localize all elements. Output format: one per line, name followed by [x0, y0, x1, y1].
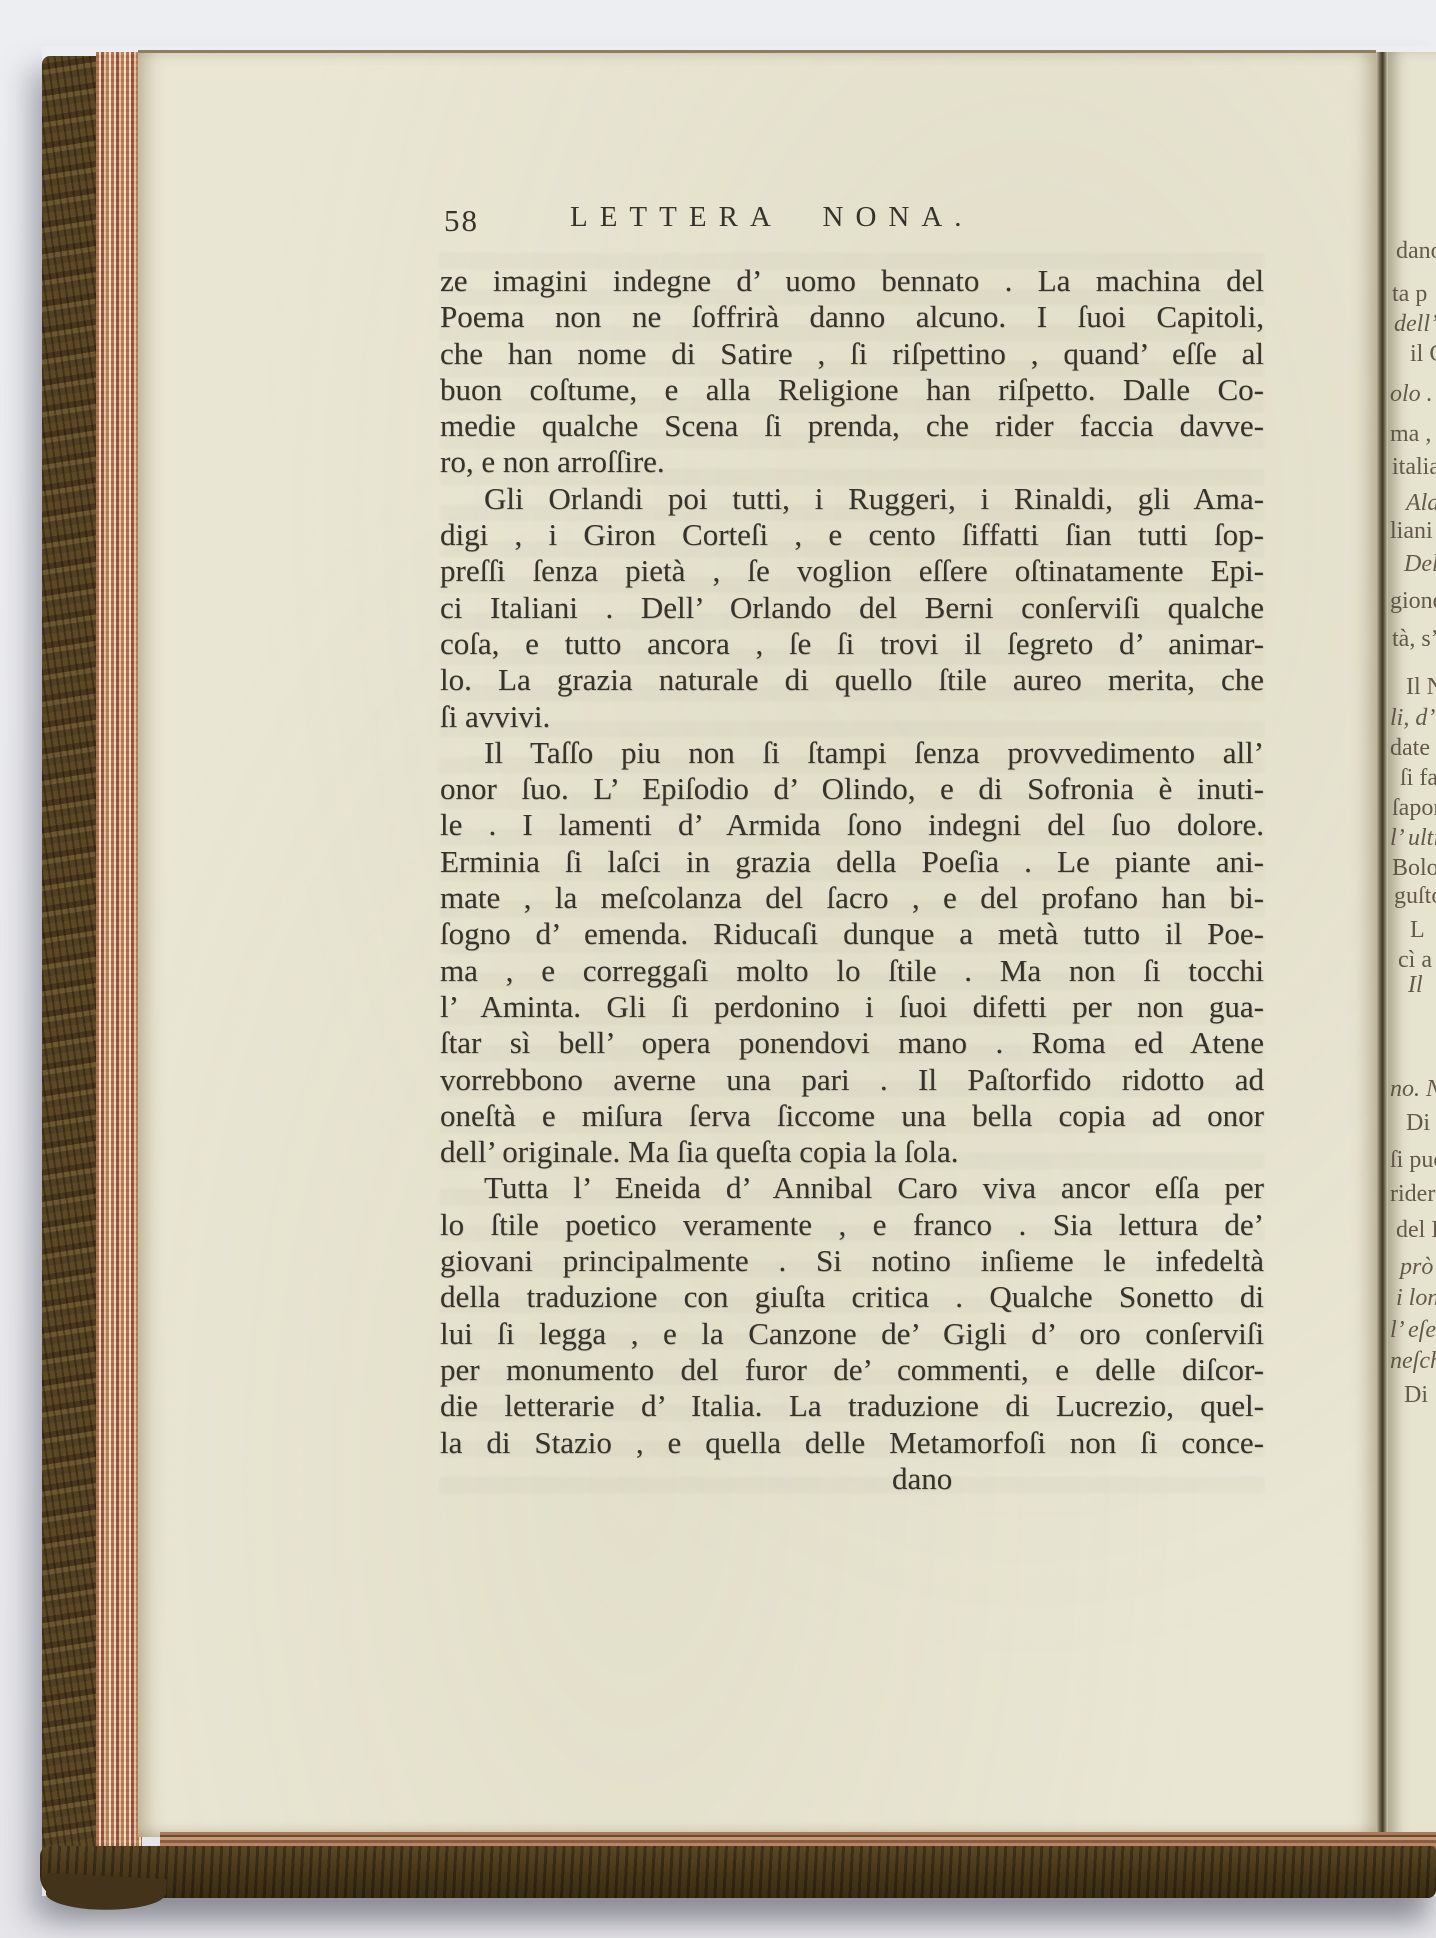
facing-page-fragment: Di — [1404, 1382, 1428, 1409]
text-line: digi , i Giron Corteſi , e cento ſiffatt… — [440, 517, 1264, 553]
facing-page-fragment: dell’ — [1394, 311, 1436, 338]
text-line: ci Italiani . Dell’ Orlando del Berni co… — [440, 590, 1264, 626]
facing-page-fragment: dano — [1396, 238, 1436, 265]
facing-page-fragment: Bolog — [1392, 855, 1436, 882]
facing-page-fragment: i lon — [1396, 1285, 1436, 1312]
facing-page-fragment: ta p — [1392, 281, 1427, 308]
text-line: la di Stazio , e quella delle Metamorfoſ… — [440, 1425, 1264, 1461]
facing-page-fragment: l’ ulti — [1390, 825, 1436, 852]
text-line: ro, e non arroſſire. — [440, 444, 1264, 480]
book: 58 LETTERA NONA. ze imagini indegne d’ u… — [42, 46, 1436, 1896]
facing-page-fragment: guſto — [1394, 883, 1436, 910]
facing-page-fragment: neſchi — [1390, 1348, 1436, 1375]
text-line: l’ Aminta. Gli ſi perdonino i ſuoi difet… — [440, 989, 1264, 1025]
facing-page-fragment: prò d — [1400, 1254, 1436, 1281]
facing-page-fragment: Il — [1408, 972, 1423, 999]
facing-page-fragment: Il N — [1406, 674, 1436, 701]
text-line: dell’ originale. Ma ſia queſta copia la … — [440, 1134, 1264, 1170]
facing-page-fragment: ſi può — [1390, 1147, 1436, 1174]
text-line: per monumento del furor de’ commenti, e … — [440, 1352, 1264, 1388]
facing-page-fragment: italia — [1392, 454, 1436, 481]
text-line: giovani principalmente . Si notino inſie… — [440, 1243, 1264, 1279]
facing-page-fragment: olo . — [1390, 381, 1433, 408]
facing-page-fragment: no. N — [1390, 1076, 1436, 1103]
text-line: Tutta l’ Eneida d’ Annibal Caro viva anc… — [440, 1170, 1264, 1206]
facing-page-fragment: l’ eſec — [1390, 1317, 1436, 1344]
text-line: le . I lamenti d’ Armida ſono indegni de… — [440, 807, 1264, 843]
facing-page-fragment: ridere. — [1390, 1181, 1436, 1208]
facing-page-fragment: ſi fa — [1400, 765, 1436, 792]
text-line: ſogno d’ emenda. Riducaſi dunque a metà … — [440, 916, 1264, 952]
text-line: onor ſuo. L’ Epiſodio d’ Olindo, e di So… — [440, 771, 1264, 807]
facing-page-fragment: gionev — [1390, 588, 1436, 615]
text-line: ze imagini indegne d’ uomo bennato . La … — [440, 263, 1264, 299]
text-line: oneſtà e miſura ſerva ſiccome una bella … — [440, 1098, 1264, 1134]
facing-page-fragment: liani — [1390, 518, 1433, 545]
facing-page-fragment: tà, s’a — [1392, 626, 1436, 653]
text-line: Il Taſſo piu non ſi ſtampi ſenza provved… — [440, 735, 1264, 771]
text-line: Erminia ſi laſci in grazia della Poeſia … — [440, 844, 1264, 880]
facing-page-fragment: ma , — [1390, 421, 1431, 448]
text-line: preſſi ſenza pietà , ſe voglion eſſere o… — [440, 553, 1264, 589]
facing-page-fragment: Ala — [1406, 490, 1436, 517]
text-line: lui ſi legga , e la Canzone de’ Gigli d’… — [440, 1316, 1264, 1352]
facing-page-sliver: danota pdell’il Colo .ma ,italiaAlaliani… — [1388, 52, 1436, 1840]
facing-page-fragment: li, d’ — [1390, 705, 1435, 732]
text-line: coſa, e tutto ancora , ſe ſi trovi il ſe… — [440, 626, 1264, 662]
text-line: lo ſtile poetico veramente , e franco . … — [440, 1207, 1264, 1243]
text-line: ſi avvivi. — [440, 699, 1264, 735]
facing-page-fragment: cì a — [1398, 947, 1432, 974]
facing-page-fragment: Del — [1404, 551, 1436, 578]
page-gutter-gap — [1376, 52, 1388, 1840]
text-line: che han nome di Satire , ſi riſpettino ,… — [440, 336, 1264, 372]
running-title: LETTERA NONA. — [570, 201, 974, 234]
page-header: 58 LETTERA NONA. — [440, 201, 1264, 251]
text-line: della traduzione con giuſta critica . Qu… — [440, 1279, 1264, 1315]
text-line: die letterarie d’ Italia. La traduzione … — [440, 1388, 1264, 1424]
facing-page-fragment: Di — [1406, 1110, 1430, 1137]
text-line: lo. La grazia naturale di quello ſtile a… — [440, 662, 1264, 698]
page-number: 58 — [444, 203, 479, 239]
facing-page-fragment: date a — [1390, 735, 1436, 762]
text-line: medie qualche Scena ſi prenda, che rider… — [440, 408, 1264, 444]
text-line: Poema non ne ſoffrirà danno alcuno. I ſu… — [440, 299, 1264, 335]
facing-page-fragment: L — [1410, 917, 1425, 944]
book-spine — [42, 56, 96, 1886]
text-line: vorrebbono averne una pari . Il Paſtorfi… — [440, 1062, 1264, 1098]
facing-page-fragment: il C — [1410, 341, 1436, 368]
text-line: Gli Orlandi poi tutti, i Ruggeri, i Rina… — [440, 481, 1264, 517]
book-scan-photo: 58 LETTERA NONA. ze imagini indegne d’ u… — [0, 0, 1436, 1938]
text-column: 58 LETTERA NONA. ze imagini indegne d’ u… — [440, 201, 1264, 1497]
text-line: ſtar sì bell’ opera ponendovi mano . Rom… — [440, 1025, 1264, 1061]
text-line: buon coſtume, e alla Religione han riſpe… — [440, 372, 1264, 408]
facing-page-fragment: ſapon — [1392, 795, 1436, 822]
text-line: ma , e correggaſi molto lo ſtile . Ma no… — [440, 953, 1264, 989]
page-fore-edge-stripes — [96, 52, 142, 1888]
left-page: 58 LETTERA NONA. ze imagini indegne d’ u… — [138, 50, 1376, 1837]
bottom-cover-edge — [40, 1846, 1436, 1898]
body-text: ze imagini indegne d’ uomo bennato . La … — [440, 263, 1264, 1461]
catchword: dano — [892, 1461, 1264, 1497]
facing-page-fragment: del Be — [1396, 1217, 1436, 1244]
text-line: mate , la meſcolanza del ſacro , e del p… — [440, 880, 1264, 916]
